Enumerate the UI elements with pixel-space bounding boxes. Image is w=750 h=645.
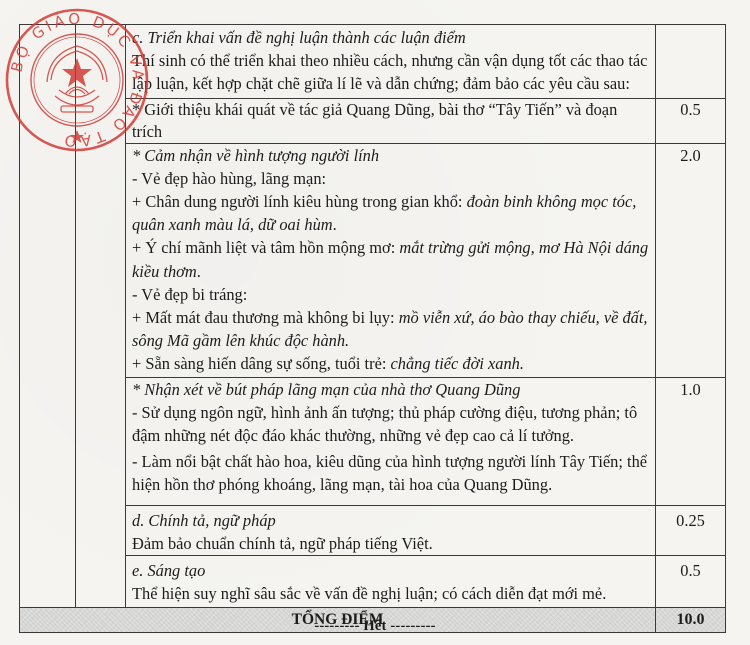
rubric-row-soldier: * Cảm nhận về hình tượng người lính - Vẻ…: [20, 143, 726, 377]
style-heading: * Nhận xét về bút pháp lãng mạn của nhà …: [132, 378, 649, 401]
content-cell: * Giới thiệu khái quát về tác giả Quang …: [126, 98, 656, 143]
soldier-line: + Ý chí mãnh liệt và tâm hồn mộng mơ: mắ…: [132, 236, 649, 282]
section-e-score: 0.5: [656, 556, 726, 608]
soldier-line: - Vẻ đẹp hào hùng, lãng mạn:: [132, 167, 649, 190]
rubric-row-section-c: c. Triển khai vấn đề nghị luận thành các…: [20, 25, 726, 99]
section-d-score: 0.25: [656, 505, 726, 555]
section-d-body: Đảm bảo chuẩn chính tả, ngữ pháp tiếng V…: [132, 532, 649, 555]
section-c-score: [656, 25, 726, 99]
soldier-line: + Sẵn sàng hiến dâng sự sống, tuổi trẻ: …: [132, 352, 649, 375]
document-page: c. Triển khai vấn đề nghị luận thành các…: [0, 0, 750, 645]
rubric-row-section-d: d. Chính tả, ngữ pháp Đảm bảo chuẩn chín…: [20, 505, 726, 555]
section-d-heading: d. Chính tả, ngữ pháp: [132, 509, 649, 532]
section-c-body: Thí sinh có thể triển khai theo nhiều cá…: [132, 49, 649, 95]
style-score: 1.0: [656, 377, 726, 505]
content-cell: * Nhận xét về bút pháp lãng mạn của nhà …: [126, 377, 656, 505]
soldier-line: - Vẻ đẹp bi tráng:: [132, 283, 649, 306]
content-cell: d. Chính tả, ngữ pháp Đảm bảo chuẩn chín…: [126, 505, 656, 555]
content-cell: c. Triển khai vấn đề nghị luận thành các…: [126, 25, 656, 99]
section-c-heading: c. Triển khai vấn đề nghị luận thành các…: [132, 26, 649, 49]
question-number-cell: [20, 25, 76, 608]
content-cell: e. Sáng tạo Thể hiện suy nghĩ sâu sắc về…: [126, 556, 656, 608]
soldier-score: 2.0: [656, 143, 726, 377]
rubric-row-style: * Nhận xét về bút pháp lãng mạn của nhà …: [20, 377, 726, 505]
soldier-line: + Chân dung người lính kiêu hùng trong g…: [132, 190, 649, 236]
grading-rubric-table: c. Triển khai vấn đề nghị luận thành các…: [19, 24, 726, 633]
style-point-2: - Làm nổi bật chất hào hoa, kiêu dũng củ…: [132, 450, 649, 496]
rubric-row-section-e: e. Sáng tạo Thể hiện suy nghĩ sâu sắc về…: [20, 556, 726, 608]
section-e-body: Thể hiện suy nghĩ sâu sắc về vấn đề nghị…: [132, 582, 649, 605]
intro-score: 0.5: [656, 98, 726, 143]
soldier-heading: * Cảm nhận về hình tượng người lính: [132, 144, 649, 167]
end-of-document-mark: --------- Hết ---------: [0, 618, 750, 635]
soldier-line: + Mất mát đau thương mà không bi lụy: mồ…: [132, 306, 649, 352]
section-e-heading: e. Sáng tạo: [132, 559, 649, 582]
sub-question-cell: [76, 25, 126, 608]
rubric-row-intro: * Giới thiệu khái quát về tác giả Quang …: [20, 98, 726, 143]
content-cell: * Cảm nhận về hình tượng người lính - Vẻ…: [126, 143, 656, 377]
style-point-1: - Sử dụng ngôn ngữ, hình ảnh ấn tượng; t…: [132, 401, 649, 447]
intro-text: * Giới thiệu khái quát về tác giả Quang …: [126, 99, 655, 143]
